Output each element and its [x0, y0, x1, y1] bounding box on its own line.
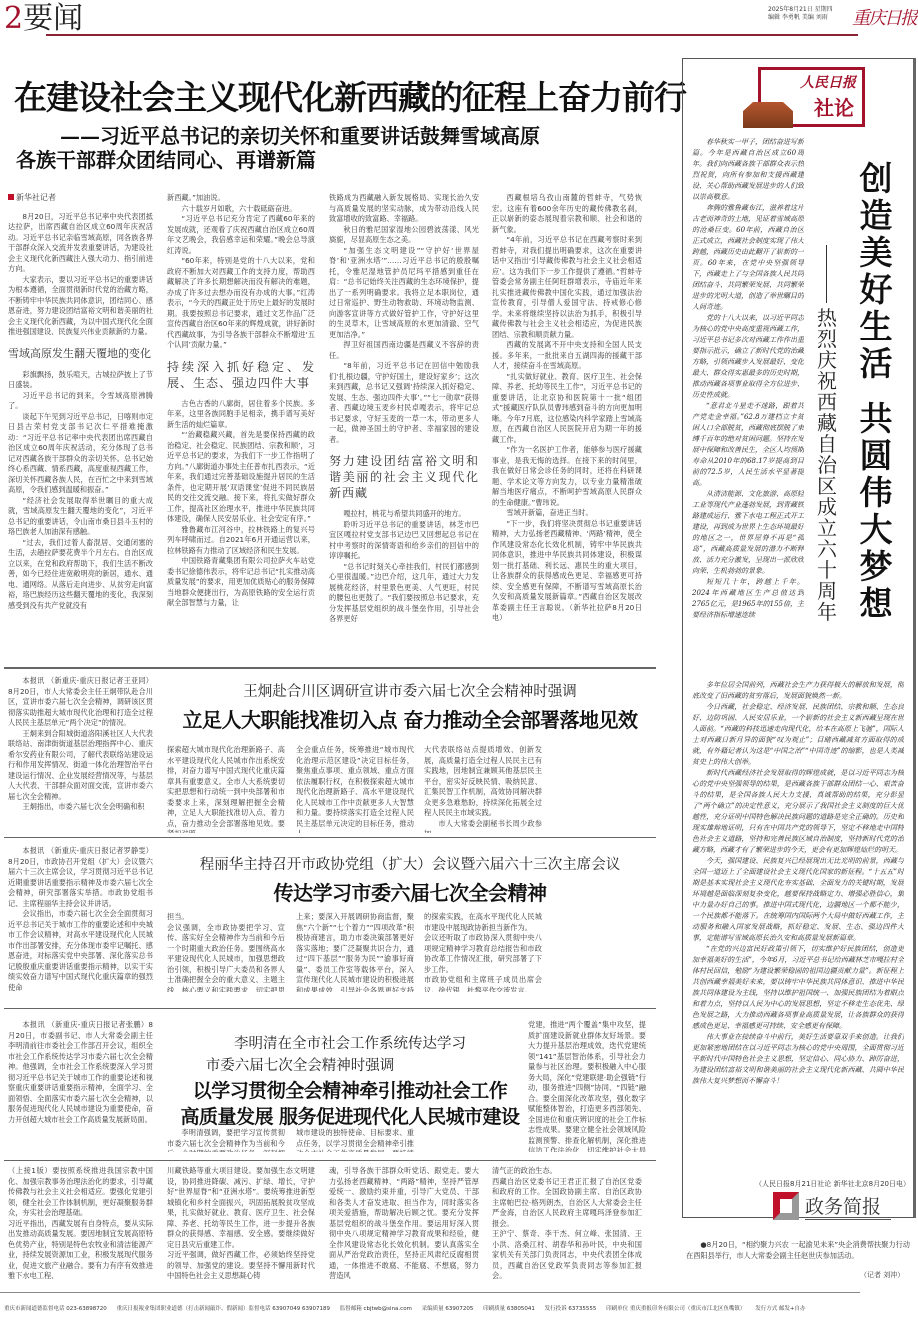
editor-credits: 编辑 李勇帆 美编 刘雨 — [768, 14, 860, 22]
peoples-daily-editorial-logo: 人民日报 社论 — [758, 67, 865, 127]
briefs-title: 政务简报 — [805, 1192, 891, 1220]
paragraph: 8月20日，习近平总书记率中央代表团抵达拉萨，出席西藏自治区成立60周年庆祝活动… — [8, 212, 153, 275]
paragraph: 雪域开新篇，奋进正当时。 — [492, 508, 642, 519]
wangjiong-kicker: 王炯赴合川区调研宣讲市委六届七次全会精神时强调 — [168, 680, 652, 701]
byline-marker-icon — [8, 194, 14, 200]
footer-item: 印刷质量 63805041 — [483, 1306, 535, 1312]
section-divider — [4, 1008, 656, 1009]
paragraph: “‘治藏稳藏兴藏，首先是要保持西藏的政治稳定、社会稳定、民族团结、宗教和顺’，习… — [167, 430, 315, 525]
editorial-column-bottom: 多年位居全国前列，西藏社会生产力获得极大的解放和发展，彻底改变了旧西藏的贫穷落后… — [692, 680, 904, 1175]
section-divider — [4, 667, 656, 669]
paragraph: 聆听习近平总书记的重要讲话，林芝市巴宜区嘎拉村党支部书记边巴又回想起总书记在村中… — [329, 520, 479, 562]
byline: 新华社记者 — [8, 193, 153, 204]
lead-subheadline-2: 各族干部群众团结同心、再谱新篇 — [16, 148, 316, 172]
editorial-source: （人民日报8月21日社论 新华社北京8月20日电） — [700, 1179, 910, 1189]
lead-column-3: 铁路成为西藏融入新发展格局、实现长治久安与高质量发展的坚实动脉，成为带动沿线人民… — [329, 193, 479, 663]
section-divider — [4, 837, 656, 838]
tiananmen-icon — [743, 102, 793, 128]
paragraph: 西藏根培乌孜山南麓的哲蚌寺，气势恢宏。这座有着600余年历史的藏传佛教名刹，正以… — [492, 193, 642, 235]
lead-headline: 在建设社会主义现代化新西藏的征程上奋力前行 — [14, 78, 686, 118]
footer-item: 监督邮箱 cbjtwb@sina.com — [340, 1306, 412, 1312]
paragraph: 大家表示，要以习近平总书记的重要讲话为根本遵循，全面贯彻新时代党的治藏方略，不断… — [8, 275, 153, 338]
footer-item: 印刷单位 重庆重报印务有限公司（重庆市江北区鱼嘴镇） — [606, 1306, 745, 1312]
section-name: 要闻 — [23, 1, 83, 36]
paragraph: 本报讯 （新重庆-重庆日报记者罗静雯）8月20日，市政协召开党组（扩大）会议暨六… — [8, 846, 153, 909]
section-divider — [4, 1160, 656, 1161]
paragraph: 会议指出，市委六届七次全会全面贯彻习近平总书记关于城市工作的重要论述和中央城市工… — [8, 909, 153, 992]
brief-item: ●8月20日，“相约聚力兴农 一起渝见未来”央企消费帮扶聚力行动在酉阳县举行，市… — [686, 1240, 910, 1266]
brief-credit: （记者 刘冲） — [860, 1270, 904, 1280]
page-number: 2 — [4, 1, 23, 36]
paragraph: “加强生态文明建设”“守护好‘世界屋脊’和‘亚洲水塔’”……习近平总书记的殷殷嘱… — [329, 246, 479, 341]
wangjiong-column-2: 全会重点任务，统筹推进“城市现代化治理示范区建设”决定目标任务，聚焦重点事项、重… — [296, 745, 414, 833]
masthead-info: 2025年8月21日 星期四 编辑 李勇帆 美编 刘雨 — [768, 6, 860, 22]
section-subhead: 持续深入抓好稳定、发展、生态、强边四件大事 — [167, 359, 315, 391]
footer-item: 重庆市新闻道德监督电话 023-63898720 — [4, 1306, 107, 1312]
limingqing-headline-2: 高质量发展 服务促进现代化人民城市建设 — [160, 1102, 540, 1129]
chenglihua-column-1: 担当。 会议强调，全市政协要把学习、宣传、落实好全会精神作为当前和今后一个时期重… — [167, 912, 285, 992]
paragraph: 谈起下午见到习近平总书记，日喀则市定日县古荣村党支部书记次仁平措难掩激动：“习近… — [8, 412, 153, 496]
wangjiong-column-1: 探索超大城市现代化治理新路子、高水平建设现代化人民城市作出系统安排，对奋力谱写中… — [167, 745, 285, 833]
editorial-subtitle: 热烈庆祝西藏自治区成立六十周年 — [815, 308, 839, 623]
continued-column-1: （上接1版）要按照系统推进我国宗教中国化、加强宗教事务治理法治化的要求，引导藏传… — [8, 1166, 153, 1284]
chenglihua-lead-column: 本报讯 （新重庆-重庆日报记者罗静雯）8月20日，市政协召开党组（扩大）会议暨六… — [8, 846, 153, 992]
briefs-header: 政务简报 — [773, 1190, 893, 1224]
paragraph: 彩旗飘扬，鼓乐喧天，古城拉萨披上了节日盛装。 — [8, 370, 153, 391]
footer-rule — [0, 1292, 860, 1293]
continued-column-2: 川藏铁路等重大项目建设。要加强生态文明建设，协同推进降碳、减污、扩绿、增长，守护… — [167, 1166, 315, 1284]
briefs-logo-icon — [773, 1192, 799, 1220]
limingqing-kicker-1: 李明清在全市社会工作系统传达学习 — [170, 1032, 530, 1053]
paragraph: 西藏的发展离不开中央支持和全国人民支援。多年来，一批批来自五湖四海的援藏干部人才… — [492, 340, 642, 372]
limingqing-column-2: 城市建设的独特使命、目标要求、重点任务，以学习贯彻全会精神牵引推动全市社会工作高… — [296, 1128, 414, 1152]
continued-column-3: 魂，引导各族干部群众听党话、跟党走。要大力弘扬老西藏精神、“两路”精神，坚持严管… — [329, 1166, 479, 1284]
masthead-rule — [46, 34, 858, 36]
paragraph: “扎实做好就业、教育、医疗卫生、社会保障、养老、托幼等民生工作”，习近平总书记的… — [492, 372, 642, 446]
limingqing-kicker-2: 市委六届七次全会精神时强调 — [140, 1054, 460, 1075]
paragraph: 雅鲁藏布江河谷中，拉林铁路上的复兴号列车呼啸而过。自2021年6月开通运营以来，… — [167, 525, 315, 557]
paragraph: “习近平总书记充分肯定了西藏60年来的发展成就，还观看了庆祝西藏自治区成立60周… — [167, 214, 315, 256]
paper-logo: 重庆日报 — [852, 4, 916, 30]
paragraph: 古色古香的八廓街，居住着多个民族。多年来，这里各族同胞手足相亲，携手谱写美好新生… — [167, 399, 315, 431]
paragraph: 秋日的雅尼国家湿地公园碧波荡漾、风光旖旎，尽显高原生态之美。 — [329, 225, 479, 246]
subtitle-dash — [826, 245, 827, 303]
limingqing-column-1: 李明清强调，要把学习宣传贯彻市委六届七次全会精神作为当前和今后一个时期的重要政治… — [167, 1128, 285, 1152]
footer-item: 发行投诉 63735555 — [545, 1306, 597, 1312]
wangjiong-column-3: 大代表联络站点提质增效、创新发展，高质量打造全过程人民民主已有实践地，因地制宜兼… — [424, 745, 542, 833]
footer-item: 采编质量 63907205 — [422, 1306, 474, 1312]
paragraph: 王炯来到合阳城街道洛阳溪社区人大代表联络站、南津街街道基层治理指挥中心、重庆希尔… — [8, 729, 153, 803]
footer-item: 重庆日报報业集团职业道德（打击新闻敲诈、假新闻）监督电话 63907049 63… — [116, 1306, 330, 1312]
chenglihua-column-3: 的探索实践，在高水平现代化人民城市建设中展现政协新担当新作为。 会议还听取了市政… — [424, 912, 542, 992]
limingqing-column-3: 党建，推进“两个覆盖”集中攻坚，提质扩面建设新就业群体友好场景。要大力提升基层治… — [528, 1020, 646, 1152]
paragraph: 六十载岁月如歌，六十载砥砺奋进。 — [167, 204, 315, 215]
continued-column-4: 清气正的政治生态。 西藏自治区党委书记王君正汇报了自治区党委和政府的工作。全国政… — [492, 1166, 642, 1284]
footer-item: 发行方式 邮发+自办 — [755, 1306, 805, 1312]
paragraph: 王炯指出，市委六届七次全会明确和积 — [8, 802, 153, 813]
lead-column-4: 西藏根培乌孜山南麓的哲蚌寺，气势恢宏。这座有着600余年历史的藏传佛教名刹，正以… — [492, 193, 642, 663]
paragraph: “经济社会发展取得举世瞩目的重大成就，雪域高原发生翻天覆地的变化”，习近平总书记… — [8, 496, 153, 538]
page-section-label: 2要闻 — [4, 2, 83, 36]
limingqing-headline-1: 以学习贯彻全会精神牵引推动社会工作 — [160, 1076, 540, 1103]
chenglihua-column-2: 上来；要深入开展调研协商监督，聚焦“六个新”“七个着力”“四项改革”积极协商建言… — [296, 912, 414, 992]
peoples-daily-name: 人民日报 — [800, 72, 856, 92]
footer: 重庆市新闻道德监督电话 023-63898720 重庆日报報业集团职业道德（打击… — [4, 1304, 874, 1312]
editorial-label: 社论 — [814, 92, 854, 121]
limingqing-lead-column: 本报讯 （新重庆-重庆日报记者张鹏）8月20日，市委副书记、市人大常委会副主任李… — [8, 1020, 153, 1152]
section-subhead: 雪域高原发生翻天覆地的变化 — [8, 346, 153, 362]
lead-column-2: 新西藏。”加油说。 六十载岁月如歌，六十载砥砺奋进。 “习近平总书记充分肯定了西… — [167, 193, 315, 663]
wangjiong-lead-column: 本报讯 （新重庆-重庆日报记者王亚同）8月20日，市人大常委会主任王炯带队赴合川… — [8, 676, 153, 832]
paragraph: “作为一名医护工作者，能够参与医疗援藏事业，是我无悔的选择。在接下来的时间里，我… — [492, 445, 642, 508]
editorial-title-2: 共圆伟大梦想 — [856, 400, 896, 622]
lead-subheadline-1: ——习近平总书记的亲切关怀和重要讲话鼓舞雪域高原 — [60, 124, 540, 148]
paragraph: 中国铁路青藏集团有限公司拉萨火车站党委书记徐德伟表示，将牢记总书记“扎实推动高质… — [167, 556, 315, 609]
editorial-title-1: 创造美好生活 — [856, 160, 896, 382]
paragraph: 习近平总书记的到来，令雪域高原沸腾了。 — [8, 391, 153, 412]
paragraph: 本报讯 （新重庆-重庆日报记者王亚同）8月20日，市人大常委会主任王炯带队赴合川… — [8, 676, 153, 729]
paragraph: 捍卫好祖国西南边疆是西藏义不容辞的责任。 — [329, 340, 479, 361]
paragraph: “总书记时刻关心牵挂我们，村民们都感到心里很温暖。”边巴介绍，这几年，通过大力发… — [329, 562, 479, 625]
paragraph: “4年前，习近平总书记在西藏考察时来到哲蚌寺，对我们提出明确要求，这次在重要讲话… — [492, 235, 642, 340]
paragraph: “8年前，习近平总书记在回信中勉励我们‘扎根边疆，守护好国土，建设好家乡’；这次… — [329, 361, 479, 445]
paragraph: “60年来，特别是党的十八大以来，党和政府不断加大对西藏工作的支持力度，帮助西藏… — [167, 256, 315, 351]
paragraph: 新西藏。”加油说。 — [167, 193, 315, 204]
paragraph: 本报讯 （新重庆-重庆日报记者张鹏）8月20日，市委副书记、市人大常委会副主任李… — [8, 1020, 153, 1125]
section-subhead: 努力建设团结富裕文明和谐美丽的社会主义现代化新西藏 — [329, 453, 479, 501]
lead-column-1: 新华社记者 8月20日，习近平总书记率中央代表团抵达拉萨，出席西藏自治区成立60… — [8, 193, 153, 663]
chenglihua-kicker: 程丽华主持召开市政协党组（扩大）会议暨六届六十三次主席会议 — [168, 853, 652, 874]
paragraph: “下一步，我们将坚决贯彻总书记重要讲话精神，大力弘扬老西藏精神、‘两路’精神，使… — [492, 519, 642, 624]
editorial-column-top: 春华秋实一甲子，团结奋进写新篇。今年是西藏自治区成立60周年。我们向西藏各族干部… — [692, 137, 804, 677]
paragraph: “过去，我们过着人畜混居、交通闭塞的生活，去趟拉萨要花费半个月左右。自治区成立以… — [8, 538, 153, 612]
paragraph: 铁路成为西藏融入新发展格局、实现长治久安与高质量发展的坚实动脉，成为带动沿线人民… — [329, 193, 479, 225]
issue-date: 2025年8月21日 星期四 — [768, 6, 860, 14]
paragraph: 嘎拉村，桃花与希望共同盛开的地方。 — [329, 509, 479, 520]
wangjiong-headline: 立足人大职能找准切入点 奋力推动全会部署落地见效 — [168, 704, 652, 733]
chenglihua-headline: 传达学习市委六届七次全会精神 — [168, 877, 652, 906]
